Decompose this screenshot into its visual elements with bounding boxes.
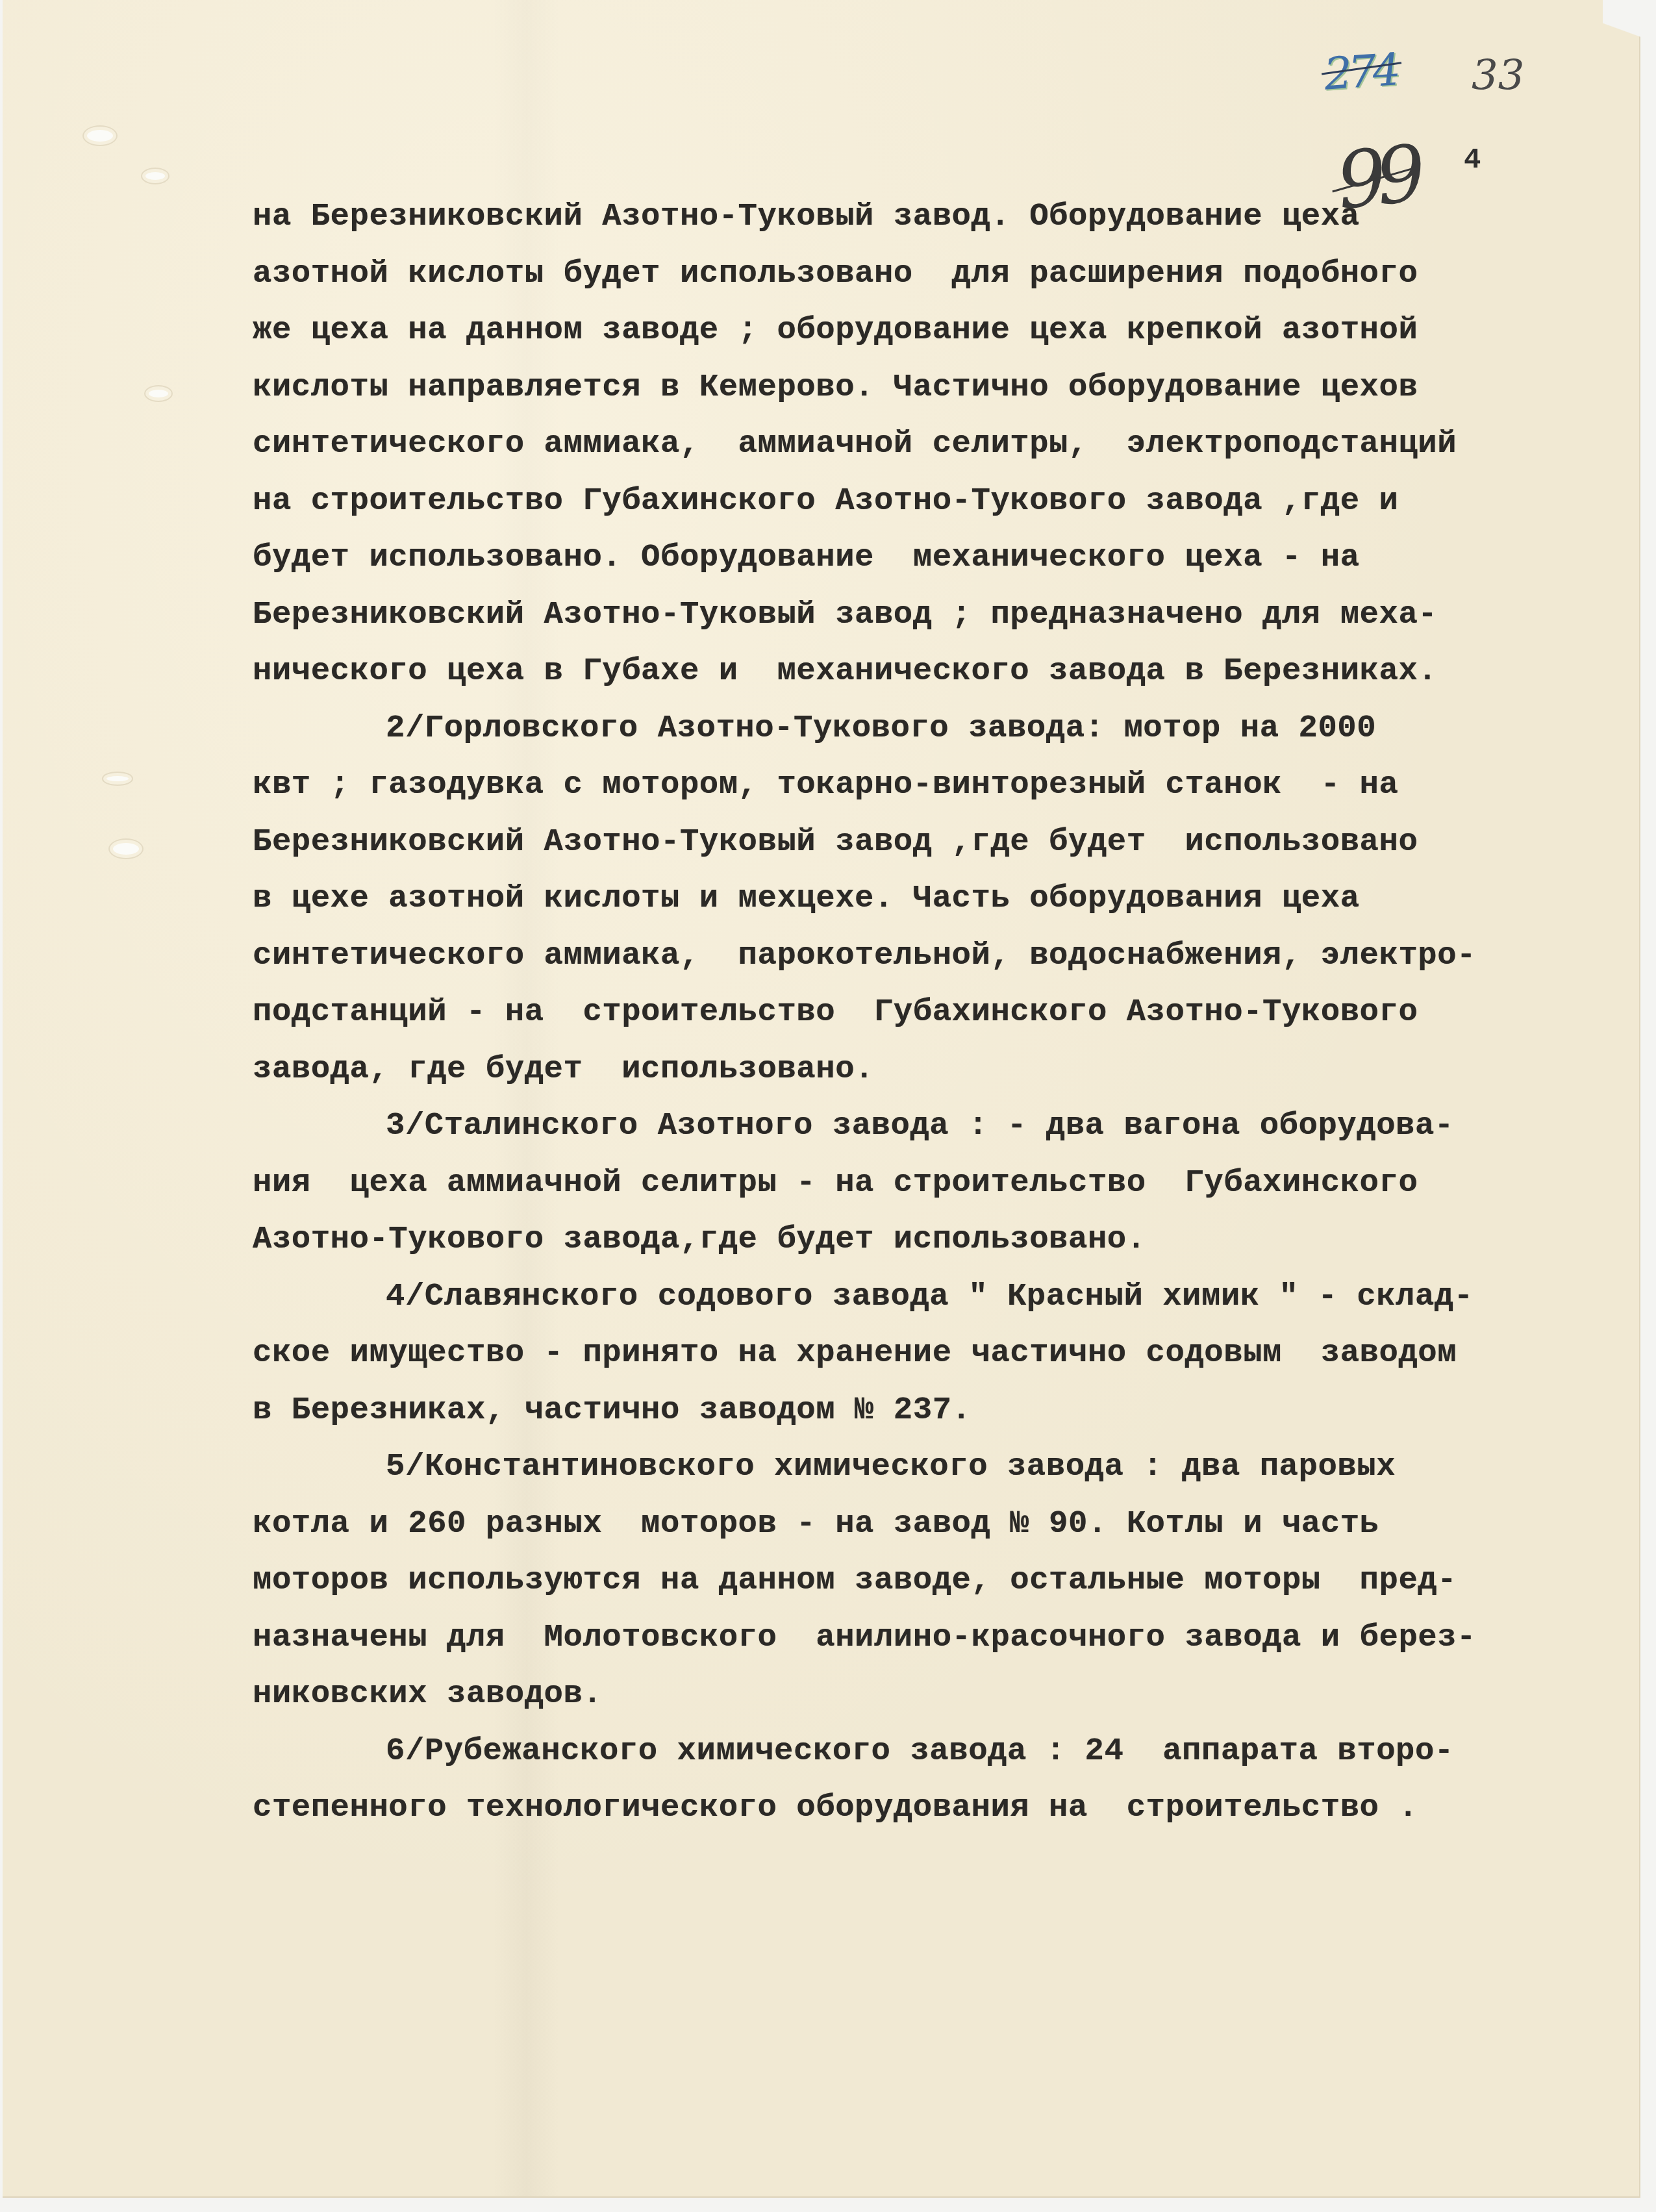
text-line: же цеха на данном заводе ; оборудование … xyxy=(253,302,1623,359)
text-line: ния цеха аммиачной селитры - на строител… xyxy=(253,1155,1623,1212)
text-line: нического цеха в Губахе и механического … xyxy=(253,643,1623,700)
text-line: Березниковский Азотно-Туковый завод ,где… xyxy=(253,814,1623,871)
text-line: кислоты направляется в Кемерово. Частичн… xyxy=(253,359,1623,416)
text-line: на Березниковский Азотно-Туковый завод. … xyxy=(253,188,1623,245)
punch-hole xyxy=(87,130,113,142)
typed-page-number: 4 xyxy=(1464,144,1481,177)
list-item-3-start: 3/Сталинского Азотного завода : - два ва… xyxy=(253,1098,1623,1155)
text-line: подстанций - на строительство Губахинско… xyxy=(253,984,1623,1041)
list-item-2-start: 2/Горловского Азотно-Тукового завода: мо… xyxy=(253,700,1623,757)
typed-body-text: на Березниковский Азотно-Туковый завод. … xyxy=(253,188,1623,1837)
punch-hole xyxy=(107,776,129,781)
text-line: азотной кислоты будет использовано для р… xyxy=(253,245,1623,303)
crossed-archive-number: 274 xyxy=(1322,44,1398,101)
text-line: назначены для Молотовского анилино-красо… xyxy=(253,1609,1623,1666)
text-line: синтетического аммиака, аммиачной селитр… xyxy=(253,416,1623,473)
text-line: ское имущество - принято на хранение час… xyxy=(253,1325,1623,1382)
folio-number: 33 xyxy=(1472,52,1524,100)
list-item-4-start: 4/Славянского содового завода " Красный … xyxy=(253,1268,1623,1326)
text-line: котла и 260 разных моторов - на завод № … xyxy=(253,1496,1623,1553)
punch-hole xyxy=(145,172,165,180)
text-line: синтетического аммиака, парокотельной, в… xyxy=(253,927,1623,985)
text-line: Азотно-Тукового завода,где будет использ… xyxy=(253,1211,1623,1268)
text-line: на строительство Губахинского Азотно-Тук… xyxy=(253,473,1623,530)
text-line: завода, где будет использовано. xyxy=(253,1041,1623,1098)
punch-hole xyxy=(149,390,168,397)
punch-hole xyxy=(113,843,139,855)
text-line: никовских заводов. xyxy=(253,1666,1623,1723)
text-line: Березниковский Азотно-Туковый завод ; пр… xyxy=(253,586,1623,644)
text-line: будет использовано. Оборудование механич… xyxy=(253,529,1623,586)
text-line: степенного технологического оборудования… xyxy=(253,1779,1623,1837)
page-corner-curl xyxy=(1603,0,1642,78)
text-line: в Березниках, частично заводом № 237. xyxy=(253,1382,1623,1439)
text-line: моторов используются на данном заводе, о… xyxy=(253,1552,1623,1609)
text-line: в цехе азотной кислоты и мехцехе. Часть … xyxy=(253,870,1623,927)
document-page: 274 33 99 4 на Березниковский Азотно-Тук… xyxy=(3,0,1640,2196)
text-line: квт ; газодувка с мотором, токарно-винто… xyxy=(253,757,1623,814)
list-item-5-start: 5/Константиновского химического завода :… xyxy=(253,1439,1623,1496)
list-item-6-start: 6/Рубежанского химического завода : 24 а… xyxy=(253,1723,1623,1780)
